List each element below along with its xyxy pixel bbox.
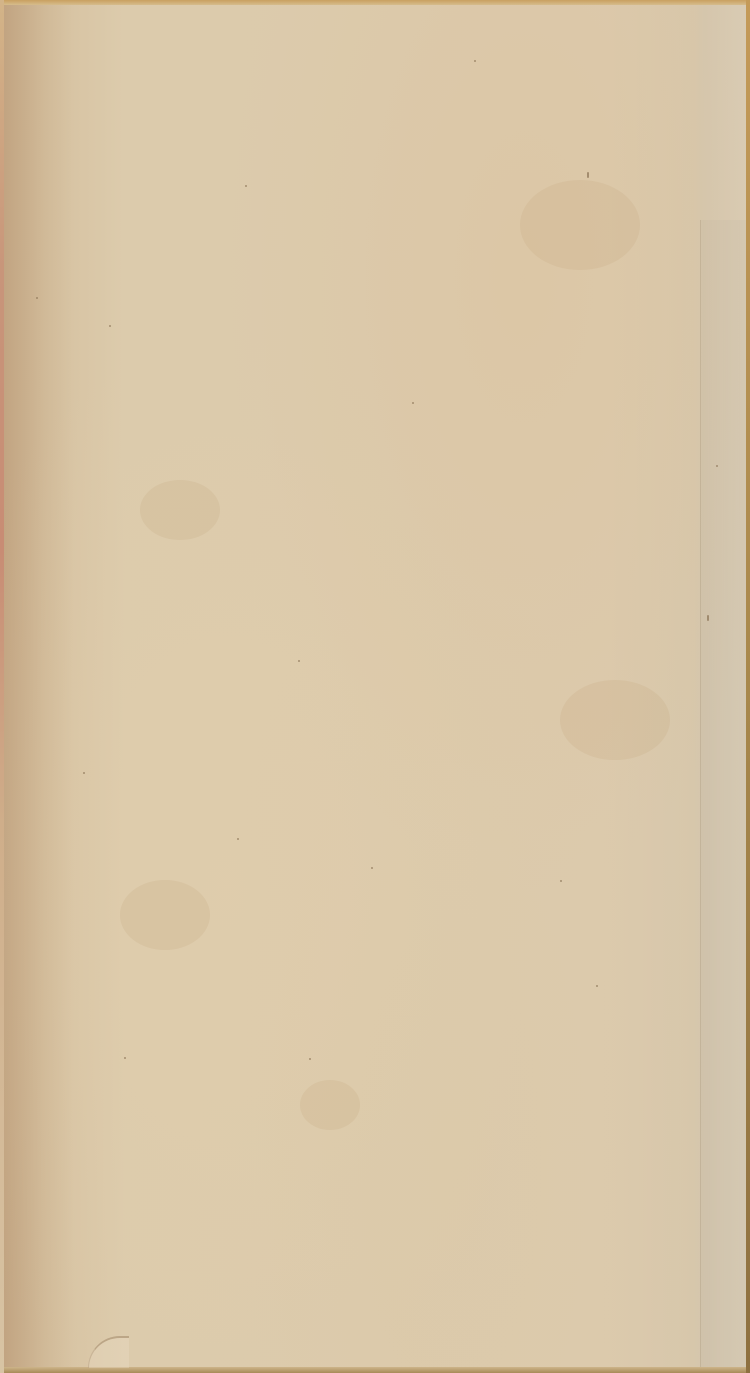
speck	[587, 172, 589, 178]
page-right-edge	[746, 0, 750, 1373]
speck	[474, 60, 476, 62]
foxing-stain	[520, 180, 640, 270]
speck	[237, 838, 239, 840]
speck	[245, 185, 247, 187]
foxing-stain	[560, 680, 670, 760]
speck	[124, 1057, 126, 1059]
scanned-page	[0, 0, 750, 1373]
speck	[298, 660, 300, 662]
page-top-edge	[0, 0, 750, 5]
foxing-stain	[300, 1080, 360, 1130]
foxing-stain	[140, 480, 220, 540]
speck	[309, 1058, 311, 1060]
foxing-stain	[120, 880, 210, 950]
speck	[596, 985, 598, 987]
speck	[560, 880, 562, 882]
speck	[36, 297, 38, 299]
speck	[412, 402, 414, 404]
speck	[716, 465, 718, 467]
right-margin-strip	[700, 220, 747, 1367]
speck	[707, 615, 709, 621]
speck	[371, 867, 373, 869]
page-left-edge	[0, 0, 4, 1373]
speck	[109, 325, 111, 327]
speck	[83, 772, 85, 774]
